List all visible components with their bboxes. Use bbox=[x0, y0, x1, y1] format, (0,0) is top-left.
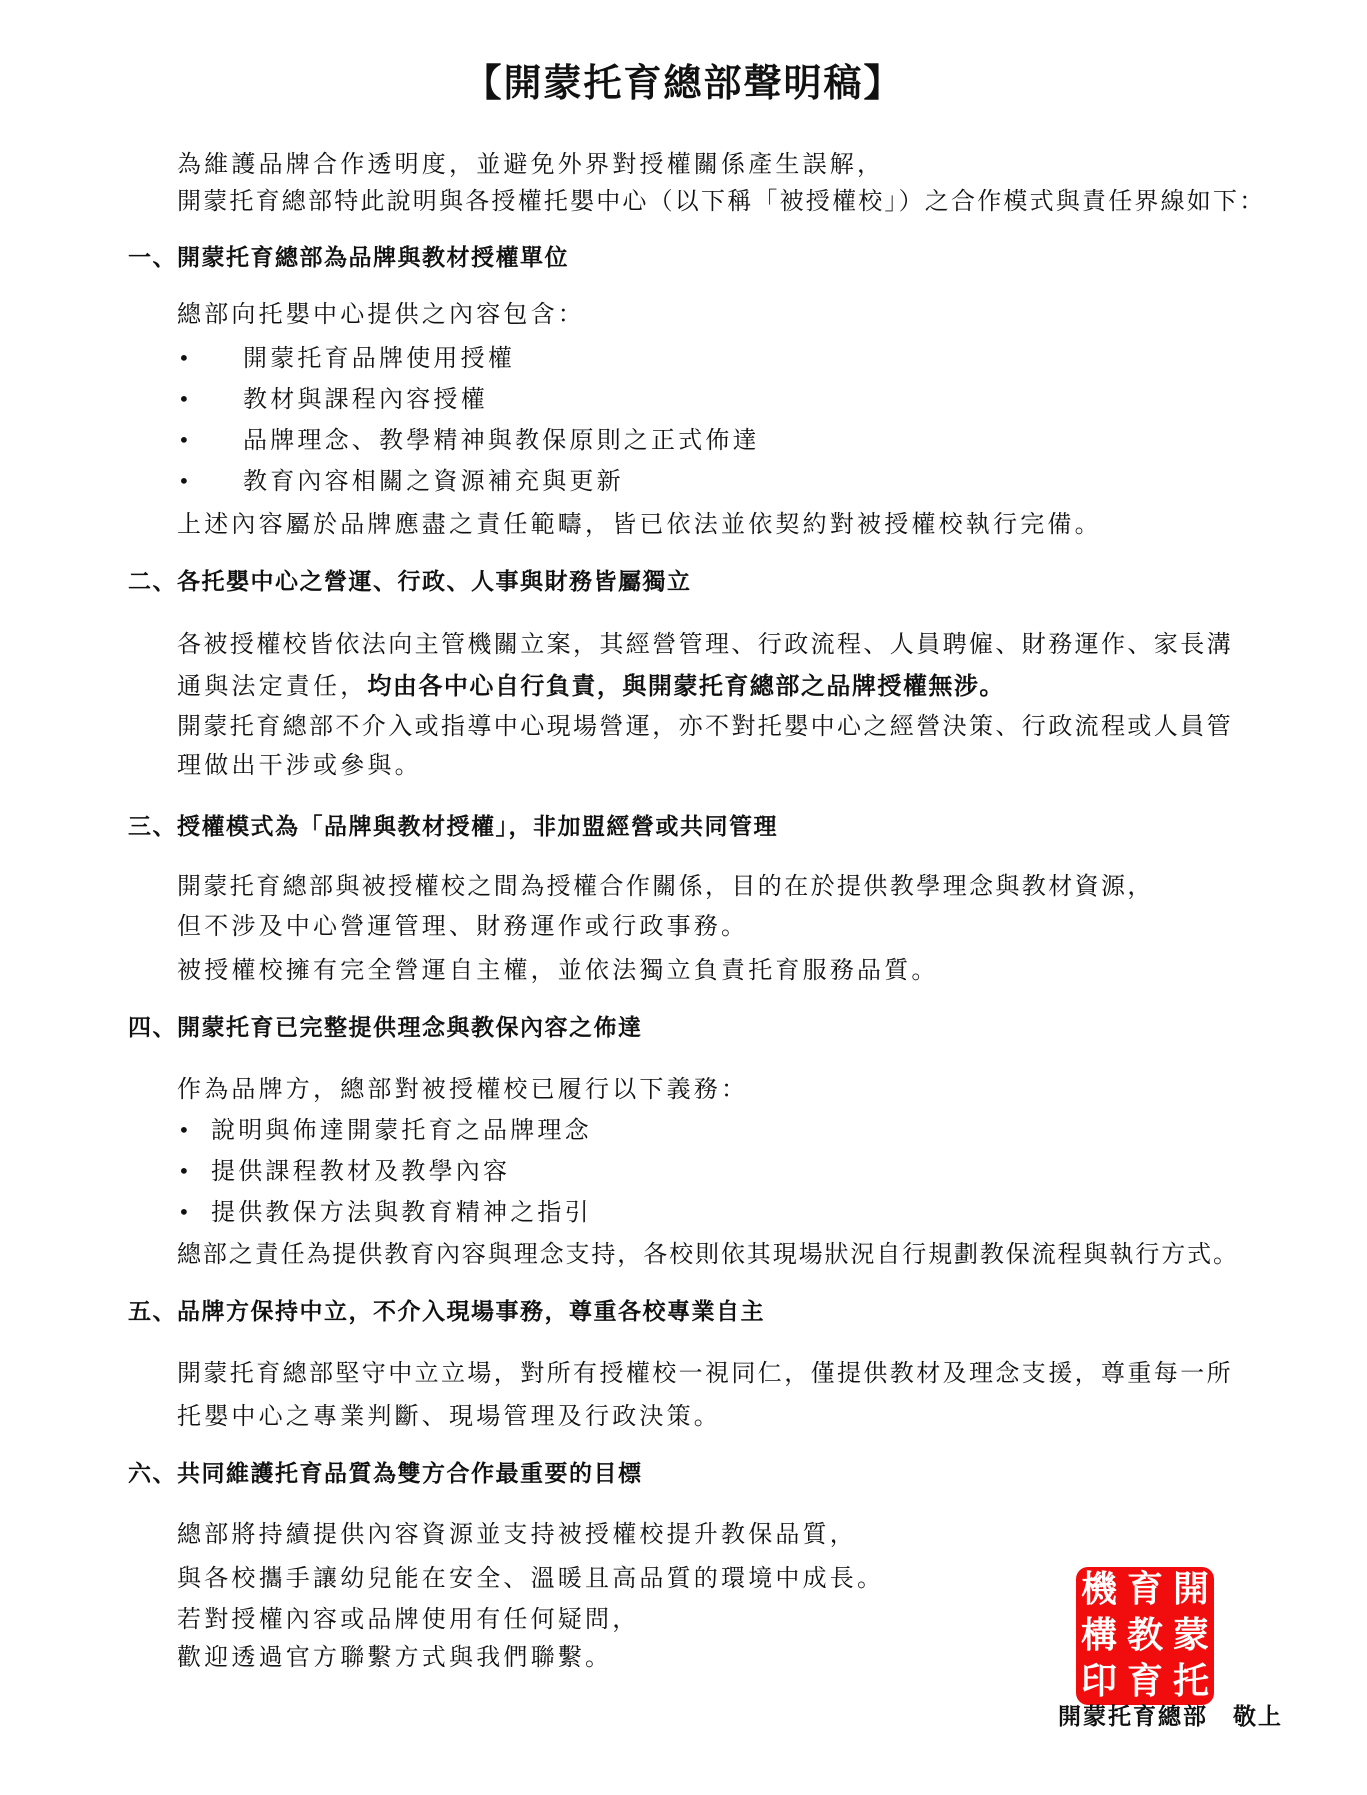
list-item: 教育內容相關之資源補充與更新 bbox=[243, 469, 624, 493]
stamp-char: 蒙 bbox=[1168, 1613, 1214, 1659]
stamp-char: 機 bbox=[1076, 1567, 1122, 1613]
paragraph-line: 歡迎透過官方聯繫方式與我們聯繫。 bbox=[177, 1645, 612, 1669]
section-1-heading: 一、開蒙托育總部為品牌與教材授權單位 bbox=[128, 247, 569, 270]
paragraph-line: 開蒙托育總部與被授權校之間為授權合作關係，目的在於提供教學理念與教材資源， bbox=[177, 874, 1154, 898]
section-4-heading: 四、開蒙托育已完整提供理念與教保內容之佈達 bbox=[128, 1017, 643, 1040]
paragraph-line: 托嬰中心之專業判斷、現場管理及行政決策。 bbox=[177, 1404, 721, 1428]
intro-line-1: 為維護品牌合作透明度，並避免外界對授權關係產生誤解， bbox=[177, 152, 884, 176]
section-1-lead: 總部向托嬰中心提供之內容包含： bbox=[177, 302, 585, 326]
bullet-icon: • bbox=[178, 430, 190, 450]
paragraph-text: 通與法定責任， bbox=[177, 672, 367, 700]
paragraph-line: 通與法定責任，均由各中心自行負責，與開蒙托育總部之品牌授權無涉。 bbox=[177, 674, 1005, 698]
paragraph-line: 與各校攜手讓幼兒能在安全、溫暖且高品質的環境中成長。 bbox=[177, 1566, 884, 1590]
paragraph-line: 各被授權校皆依法向主管機關立案，其經營管理、行政流程、人員聘僱、財務運作、家長溝 bbox=[177, 632, 1233, 656]
section-1-closing: 上述內容屬於品牌應盡之責任範疇，皆已依法並依契約對被授權校執行完備。 bbox=[177, 512, 1102, 536]
bullet-icon: • bbox=[178, 348, 190, 368]
bullet-icon: • bbox=[178, 471, 190, 491]
list-item: 提供教保方法與教育精神之指引 bbox=[211, 1200, 592, 1224]
page-title: 【開蒙托育總部聲明稿】 bbox=[0, 64, 1367, 102]
list-item: 說明與佈達開蒙托育之品牌理念 bbox=[211, 1118, 592, 1142]
section-4-lead: 作為品牌方，總部對被授權校已履行以下義務： bbox=[177, 1077, 748, 1101]
signature: 開蒙托育總部 敬上 bbox=[1058, 1706, 1283, 1729]
paragraph-line: 理做出干涉或參與。 bbox=[177, 753, 422, 777]
bullet-icon: • bbox=[178, 1202, 190, 1222]
section-4-closing: 總部之責任為提供教育內容與理念支持，各校則依其現場狀況自行規劃教保流程與執行方式… bbox=[177, 1242, 1239, 1266]
section-5-heading: 五、品牌方保持中立，不介入現場事務，尊重各校專業自主 bbox=[128, 1301, 765, 1324]
section-3-heading: 三、授權模式為「品牌與教材授權」，非加盟經營或共同管理 bbox=[128, 816, 778, 839]
emphasis-text: 均由各中心自行負責，與開蒙托育總部之品牌授權無涉。 bbox=[367, 672, 1005, 700]
paragraph-line: 開蒙托育總部堅守中立立場，對所有授權校一視同仁，僅提供教材及理念支援，尊重每一所 bbox=[177, 1361, 1233, 1385]
stamp-char: 托 bbox=[1168, 1659, 1214, 1705]
paragraph-line: 開蒙托育總部不介入或指導中心現場營運，亦不對托嬰中心之經營決策、行政流程或人員管 bbox=[177, 714, 1233, 738]
stamp-char: 育 bbox=[1122, 1567, 1168, 1613]
list-item: 品牌理念、教學精神與教保原則之正式佈達 bbox=[243, 428, 760, 452]
bullet-icon: • bbox=[178, 1161, 190, 1181]
paragraph-line: 但不涉及中心營運管理、財務運作或行政事務。 bbox=[177, 914, 748, 938]
bullet-icon: • bbox=[178, 389, 190, 409]
bullet-icon: • bbox=[178, 1120, 190, 1140]
stamp-char: 開 bbox=[1168, 1567, 1214, 1613]
stamp-char: 印 bbox=[1076, 1659, 1122, 1705]
list-item: 提供課程教材及教學內容 bbox=[211, 1159, 510, 1183]
stamp-char: 育 bbox=[1122, 1659, 1168, 1705]
organization-seal-stamp: 開 蒙 托 育 教 育 機 構 印 bbox=[1076, 1567, 1214, 1705]
intro-line-2: 開蒙托育總部特此說明與各授權托嬰中心（以下稱「被授權校」）之合作模式與責任界線如… bbox=[177, 189, 1265, 213]
stamp-char: 教 bbox=[1122, 1613, 1168, 1659]
paragraph-line: 若對授權內容或品牌使用有任何疑問， bbox=[177, 1607, 639, 1631]
paragraph-line: 被授權校擁有完全營運自主權，並依法獨立負責托育服務品質。 bbox=[177, 958, 939, 982]
list-item: 開蒙托育品牌使用授權 bbox=[243, 346, 515, 370]
list-item: 教材與課程內容授權 bbox=[243, 387, 488, 411]
paragraph-line: 總部將持續提供內容資源並支持被授權校提升教保品質， bbox=[177, 1522, 857, 1546]
section-6-heading: 六、共同維護托育品質為雙方合作最重要的目標 bbox=[128, 1463, 643, 1486]
section-2-heading: 二、各托嬰中心之營運、行政、人事與財務皆屬獨立 bbox=[128, 571, 692, 594]
stamp-char: 構 bbox=[1076, 1613, 1122, 1659]
